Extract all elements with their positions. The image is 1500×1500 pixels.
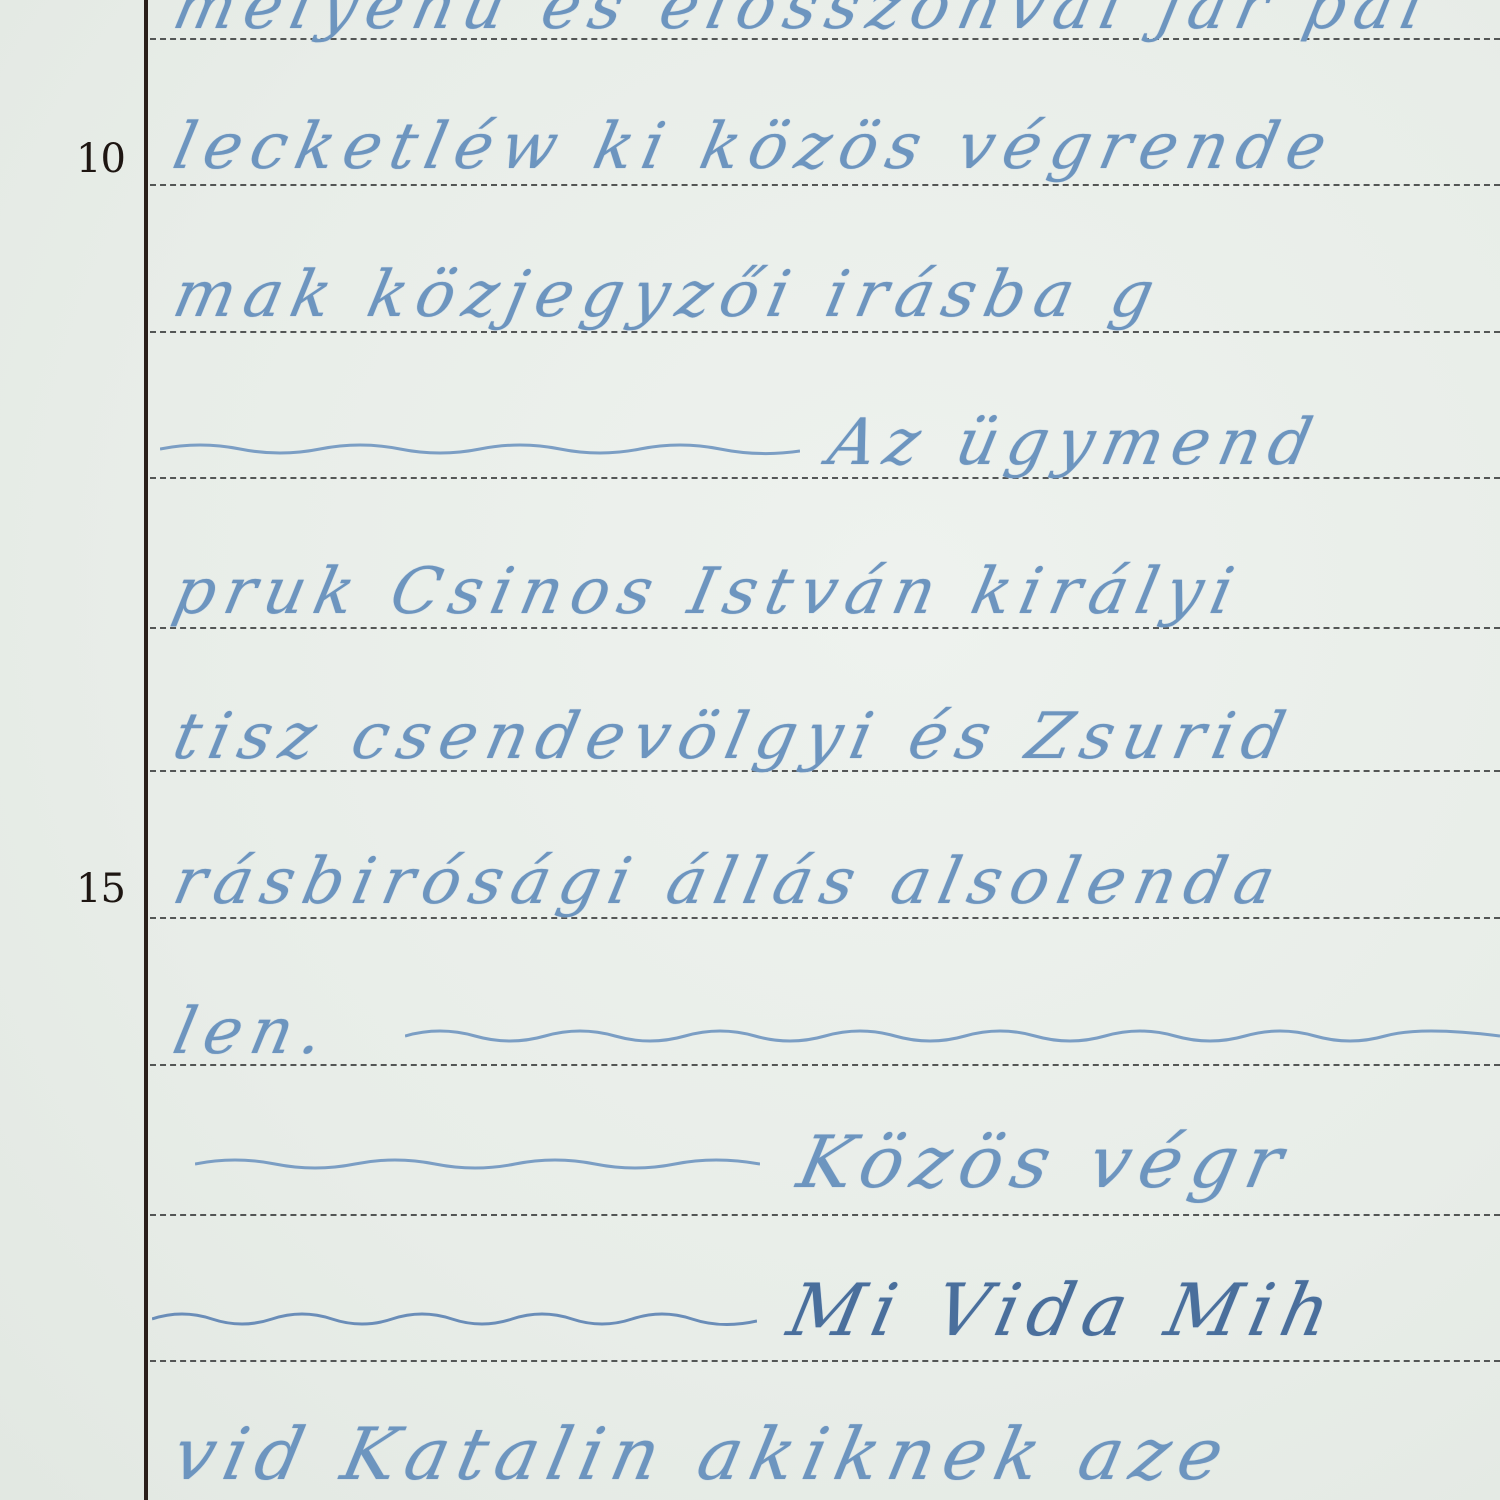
ruled-line xyxy=(150,1360,1500,1362)
handwritten-line: rásbirósági állás alsolenda xyxy=(167,845,1290,919)
line-number-10: 10 xyxy=(76,136,136,182)
ledger-page: 10 15 mélyenu és elosszonval jar pal lec… xyxy=(0,0,1500,1500)
handwritten-line: len. xyxy=(167,995,339,1069)
handwritten-line: Közös végr xyxy=(791,1120,1299,1204)
handwritten-line: pruk Csinos István királyi xyxy=(167,555,1249,629)
line-filler-flourish xyxy=(195,1150,760,1174)
ruled-line xyxy=(150,1064,1500,1066)
handwritten-line: tisz csendevölgyi és Zsurid xyxy=(167,700,1300,774)
handwritten-line: mak közjegyzői irásba g xyxy=(167,258,1169,332)
margin-rule xyxy=(144,0,148,1500)
ruled-line xyxy=(150,1214,1500,1216)
handwritten-line: vid Katalin akiknek aze xyxy=(166,1412,1240,1496)
handwritten-line: Az ügymend xyxy=(822,406,1327,480)
line-filler-flourish xyxy=(160,435,800,459)
handwritten-line: lecketléw ki közös végrende xyxy=(167,110,1342,184)
handwritten-line: mélyenu és elosszonval jar pal xyxy=(167,0,1439,44)
line-filler-flourish xyxy=(405,1022,1500,1046)
handwritten-line: Mi Vida Mih xyxy=(781,1268,1346,1352)
line-filler-flourish xyxy=(152,1305,757,1329)
line-number-15: 15 xyxy=(76,866,136,912)
ruled-line xyxy=(150,184,1500,186)
